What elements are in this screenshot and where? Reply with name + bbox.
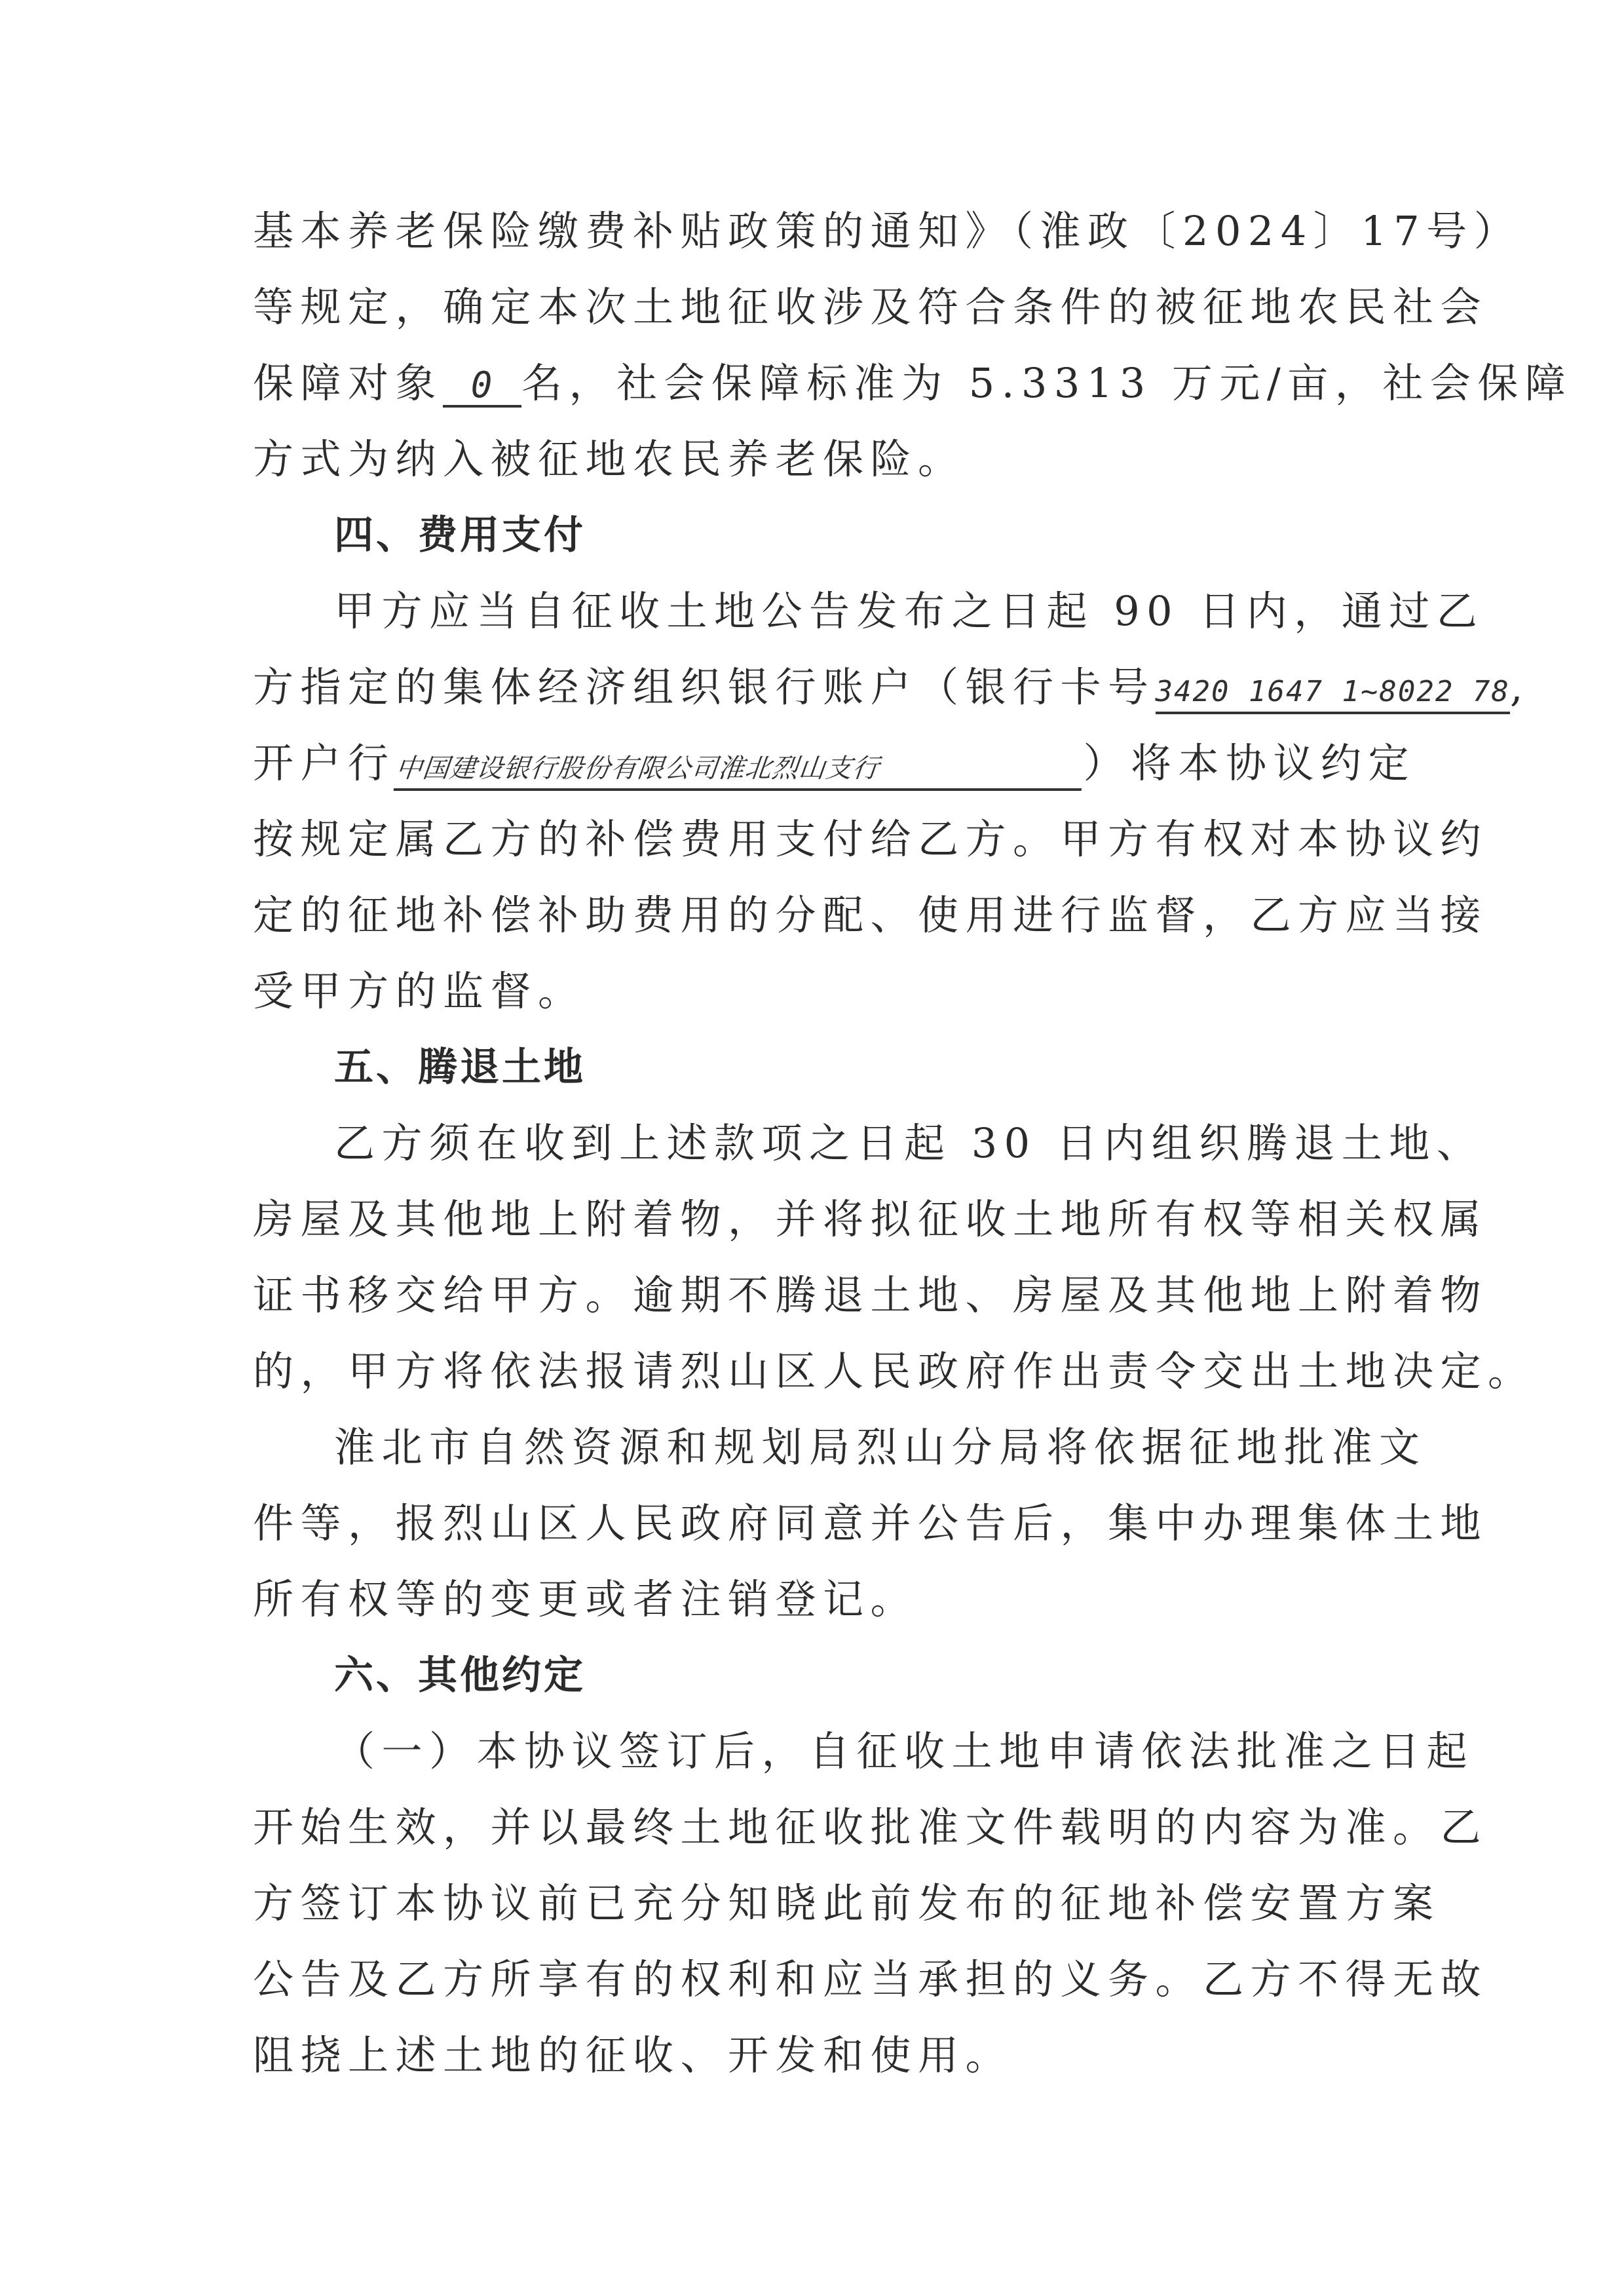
- paragraph-line: 开户行中国建设银行股份有限公司淮北烈山支行）将本协议约定: [253, 734, 1416, 793]
- paragraph-line: 阻挠上述土地的征收、开发和使用。: [253, 2026, 1013, 2085]
- label-text: 开户行: [253, 739, 396, 787]
- section-heading-vacate-land: 五、腾退土地: [334, 1038, 586, 1097]
- paragraph-line: 淮北市自然资源和规划局烈山分局将依据征地批准文: [334, 1418, 1427, 1477]
- label-text: 方指定的集体经济组织银行账户（银行卡号: [253, 663, 1156, 711]
- paragraph-line: 件等，报烈山区人民政府同意并公告后，集中办理集体土地: [253, 1494, 1488, 1553]
- section-heading-payment: 四、费用支付: [334, 506, 586, 565]
- paragraph-line: 所有权等的变更或者注销登记。: [253, 1570, 918, 1629]
- paragraph-line: 证书移交给甲方。逾期不腾退土地、房屋及其他地上附着物: [253, 1266, 1488, 1325]
- label-text: 名，社会保障标准为 5.3313 万元/亩，社会保障: [521, 359, 1572, 407]
- paragraph-line: （一）本协议签订后，自征收土地申请依法批准之日起: [334, 1722, 1474, 1781]
- paragraph-line: 房屋及其他地上附着物，并将拟征收土地所有权等相关权属: [253, 1190, 1488, 1249]
- paragraph-line: 方签订本协议前已充分知晓此前发布的征地补偿安置方案: [253, 1874, 1441, 1933]
- section-heading-other-terms: 六、其他约定: [334, 1646, 586, 1705]
- paragraph-line: 保障对象0名，社会保障标准为 5.3313 万元/亩，社会保障: [253, 354, 1572, 413]
- paragraph-line: 的，甲方将依法报请烈山区人民政府作出责令交出土地决定。: [253, 1342, 1536, 1401]
- paragraph-line: 等规定，确定本次土地征收涉及符合条件的被征地农民社会: [253, 278, 1488, 337]
- bank-card-number-field: 3420 1647 1~8022 78: [1156, 672, 1510, 714]
- paragraph-line: 乙方须在收到上述款项之日起 30 日内组织腾退土地、: [334, 1114, 1484, 1173]
- paragraph-line: 甲方应当自征收土地公告发布之日起 90 日内，通过乙: [334, 582, 1484, 641]
- paragraph-line: 按规定属乙方的补偿费用支付给乙方。甲方有权对本协议约: [253, 810, 1488, 869]
- social-security-count-field: 0: [443, 366, 521, 408]
- label-text: ,: [1510, 663, 1530, 711]
- paragraph-line: 方指定的集体经济组织银行账户（银行卡号3420 1647 1~8022 78,: [253, 658, 1530, 717]
- label-text: 保障对象: [253, 359, 443, 407]
- paragraph-line: 受甲方的监督。: [253, 962, 586, 1021]
- paragraph-line: 方式为纳入被征地农民养老保险。: [253, 430, 966, 489]
- label-text: ）将本协议约定: [1084, 739, 1416, 787]
- paragraph-line: 开始生效，并以最终土地征收批准文件载明的内容为准。乙: [253, 1798, 1488, 1857]
- paragraph-line: 定的征地补偿补助费用的分配、使用进行监督，乙方应当接: [253, 886, 1488, 945]
- bank-branch-field: 中国建设银行股份有限公司淮北烈山支行: [393, 749, 1086, 791]
- paragraph-line: 公告及乙方所享有的权利和应当承担的义务。乙方不得无故: [253, 1950, 1488, 2009]
- paragraph-line: 基本养老保险缴费补贴政策的通知》（淮政〔2024〕17号）: [253, 202, 1521, 261]
